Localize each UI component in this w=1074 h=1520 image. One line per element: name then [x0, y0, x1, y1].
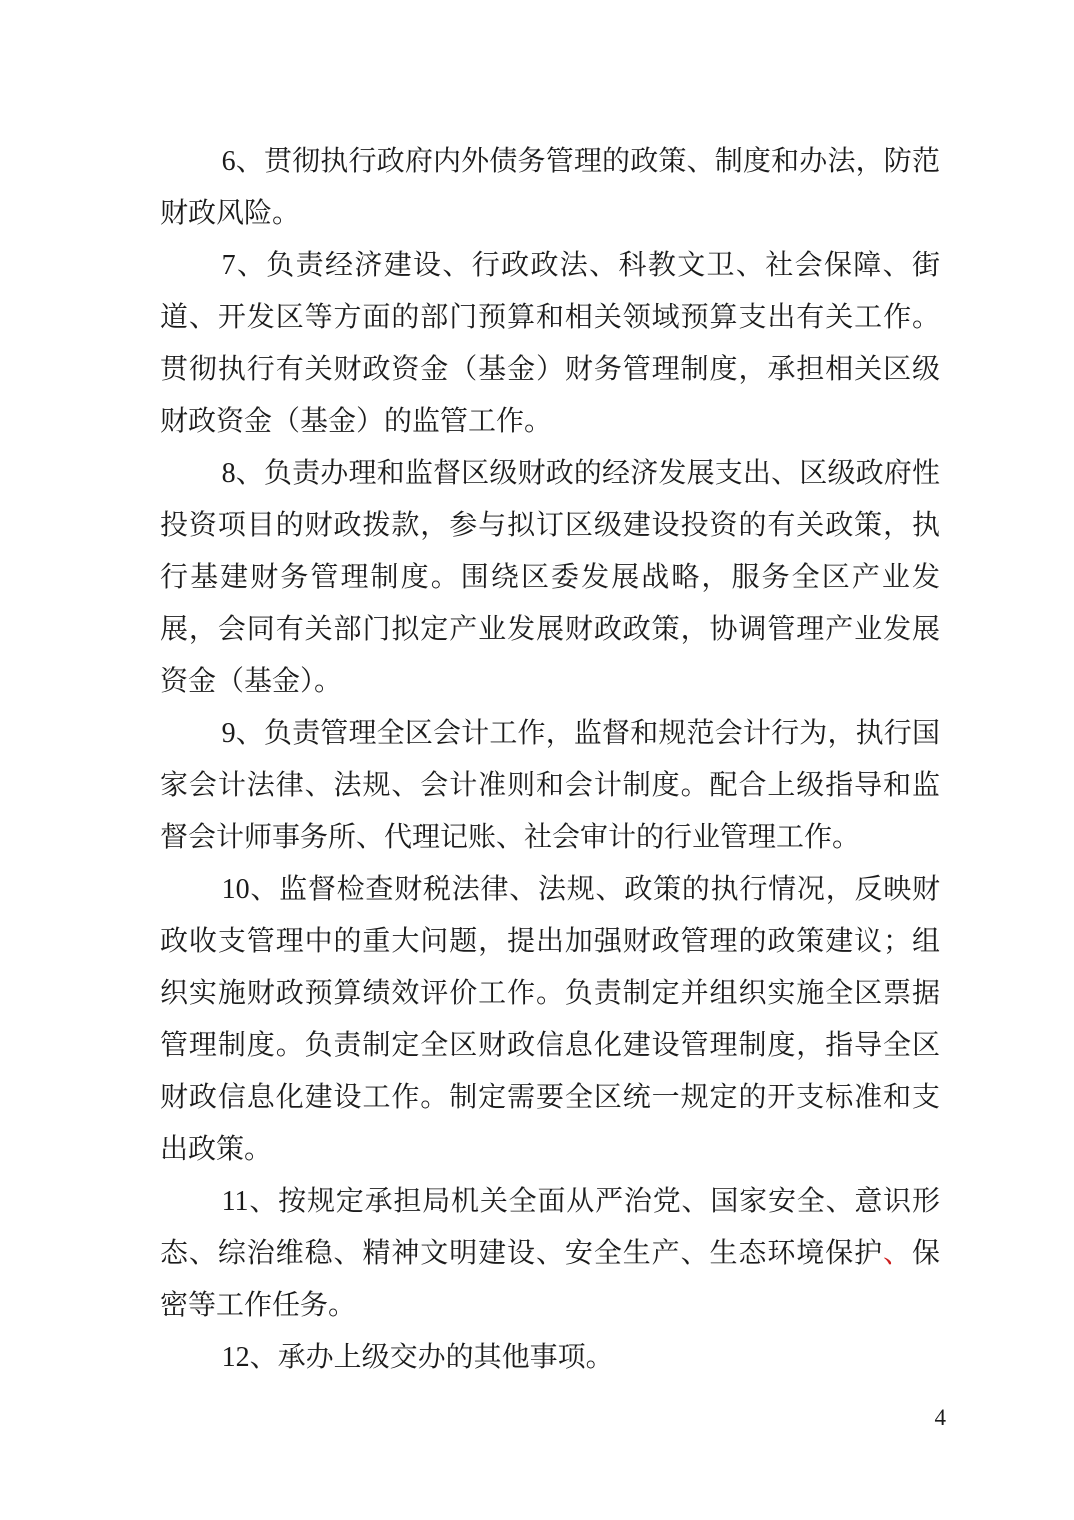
paragraph-item-8: 8、负责办理和监督区级财政的经济发展支出、区级政府性投资项目的财政拨款，参与拟订…	[160, 448, 940, 708]
document-page: 6、贯彻执行政府内外债务管理的政策、制度和办法，防范财政风险。 7、负责经济建设…	[0, 0, 1074, 1520]
paragraph-item-9: 9、负责管理全区会计工作，监督和规范会计行为，执行国家会计法律、法规、会计准则和…	[160, 708, 940, 864]
page-number: 4	[935, 1406, 947, 1430]
paragraph-item-12: 12、承办上级交办的其他事项。	[160, 1332, 940, 1384]
document-body: 6、贯彻执行政府内外债务管理的政策、制度和办法，防范财政风险。 7、负责经济建设…	[160, 136, 940, 1384]
paragraph-text-before-red: 11、按规定承担局机关全面从严治党、国家安全、意识形态、综治维稳、精神文明建设、…	[160, 1186, 940, 1269]
paragraph-item-11: 11、按规定承担局机关全面从严治党、国家安全、意识形态、综治维稳、精神文明建设、…	[160, 1176, 940, 1332]
red-correction-mark: 、	[883, 1238, 912, 1269]
paragraph-item-6: 6、贯彻执行政府内外债务管理的政策、制度和办法，防范财政风险。	[160, 136, 940, 240]
paragraph-item-7: 7、负责经济建设、行政政法、科教文卫、社会保障、街道、开发区等方面的部门预算和相…	[160, 240, 940, 448]
paragraph-item-10: 10、监督检查财税法律、法规、政策的执行情况，反映财政收支管理中的重大问题，提出…	[160, 864, 940, 1176]
